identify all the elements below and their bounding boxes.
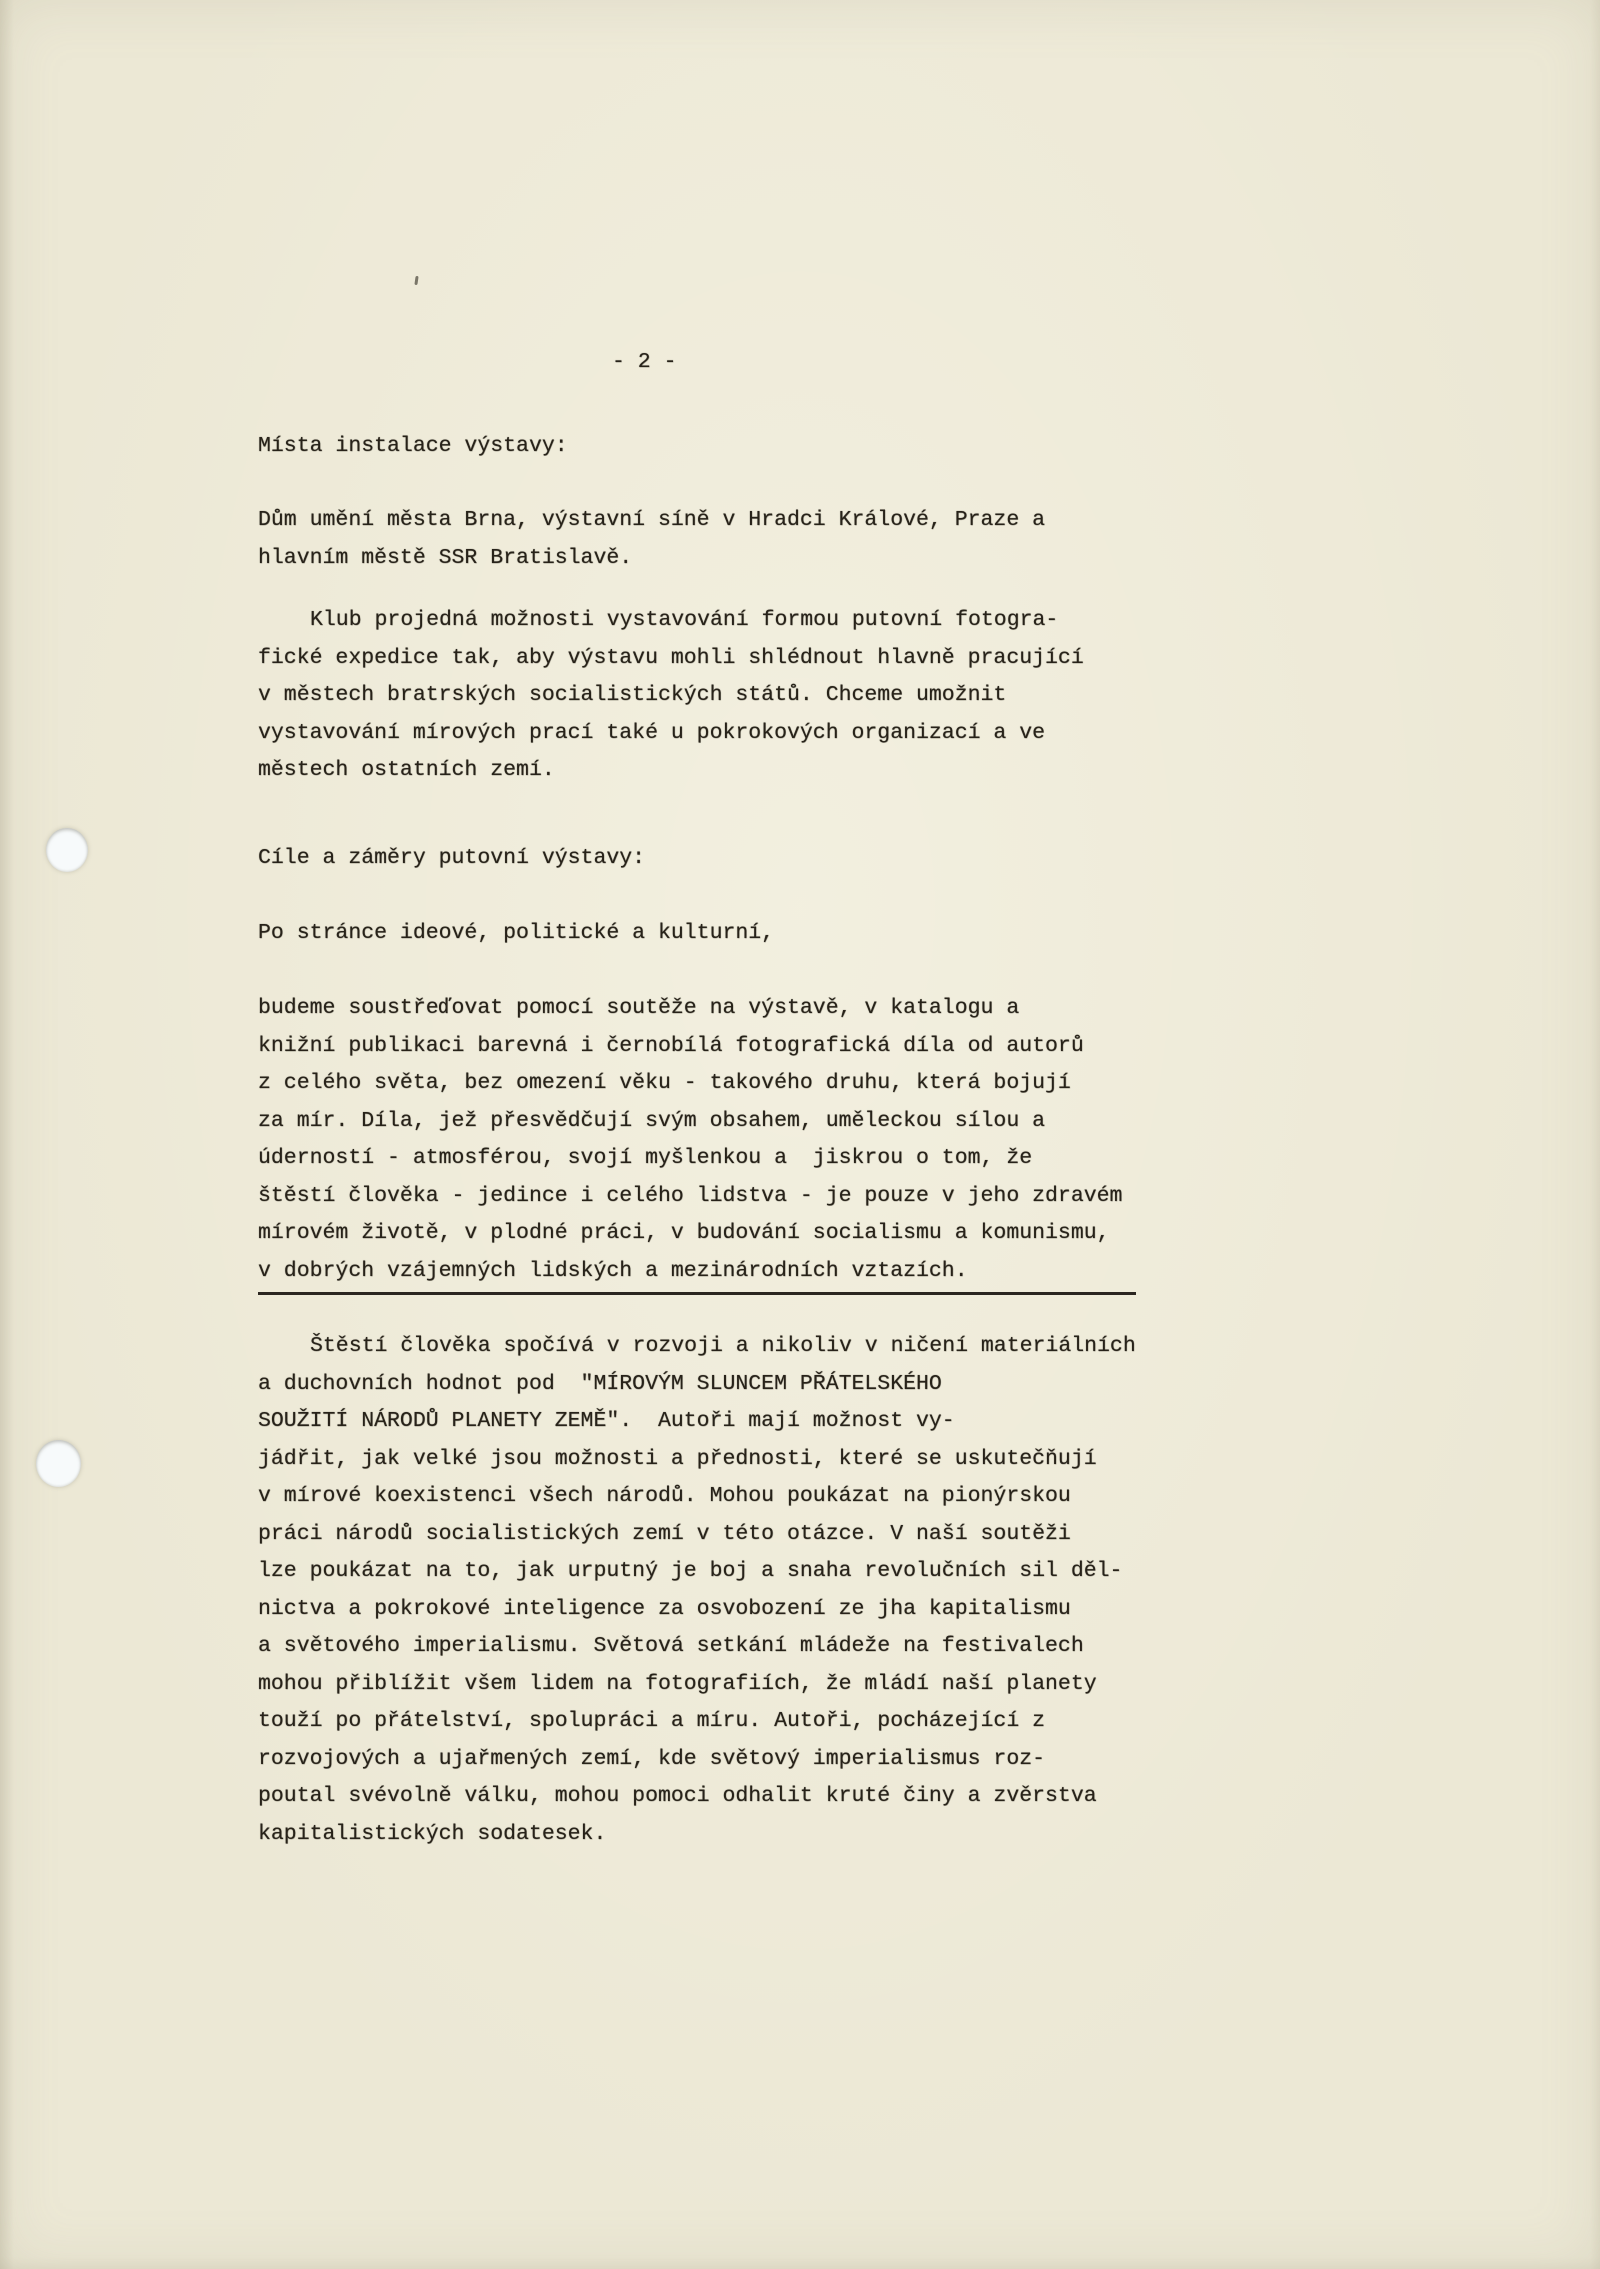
heading-installation-places-text: Místa instalace výstavy: — [258, 428, 568, 466]
paragraph-venues: Dům umění města Brna, výstavní síně v Hr… — [258, 502, 1045, 577]
page-number-text: - 2 - — [612, 344, 677, 382]
typed-line: mohou přiblížit všem lidem na fotografií… — [258, 1666, 1136, 1704]
typed-line: vystavování mírových prací také u pokrok… — [258, 715, 1084, 753]
typed-line: Štěstí člověka spočívá v rozvoji a nikol… — [258, 1328, 1136, 1366]
typed-line: hlavním městě SSR Bratislavě. — [258, 540, 1045, 578]
typed-line: úderností - atmosférou, svojí myšlenkou … — [258, 1140, 1136, 1178]
typed-line: v mírové koexistenci všech národů. Mohou… — [258, 1478, 1136, 1516]
ink-speck — [414, 276, 418, 285]
page-number: - 2 - — [612, 344, 677, 382]
typed-line: fické expedice tak, aby výstavu mohli sh… — [258, 640, 1084, 678]
typed-line: práci národů socialistických zemí v této… — [258, 1516, 1136, 1554]
typed-line: za mír. Díla, jež přesvědčují svým obsah… — [258, 1103, 1136, 1141]
typed-line: knižní publikaci barevná i černobílá fot… — [258, 1028, 1136, 1066]
typed-line: SOUŽITÍ NÁRODŮ PLANETY ZEMĚ". Autoři maj… — [258, 1403, 1136, 1441]
hole-punch-bottom — [36, 1440, 81, 1487]
paragraph-focus: budeme soustřeďovat pomocí soutěže na vý… — [258, 990, 1136, 1290]
heading-ideological-text: Po stránce ideové, politické a kulturní, — [258, 915, 774, 953]
typed-line: a světového imperialismu. Světová setkán… — [258, 1628, 1136, 1666]
underlined-line: v dobrých vzájemných lidských a mezináro… — [258, 1253, 1136, 1296]
underlined-line-wrap: v dobrých vzájemných lidských a mezináro… — [258, 1253, 1136, 1291]
typed-line: nictva a pokrokové inteligence za osvobo… — [258, 1591, 1136, 1629]
paragraph-klub: Klub projedná možnosti vystavování formo… — [258, 602, 1084, 790]
typed-line: lze poukázat na to, jak urputný je boj a… — [258, 1553, 1136, 1591]
typed-line: Dům umění města Brna, výstavní síně v Hr… — [258, 502, 1045, 540]
typed-line: poutal svévolně válku, mohou pomoci odha… — [258, 1778, 1136, 1816]
typed-line: z celého světa, bez omezení věku - takov… — [258, 1065, 1136, 1103]
typed-line: jádřit, jak velké jsou možnosti a předno… — [258, 1441, 1136, 1479]
typed-line: mírovém životě, v plodné práci, v budová… — [258, 1215, 1136, 1253]
typed-line: a duchovních hodnot pod "MÍROVÝM SLUNCEM… — [258, 1366, 1136, 1404]
hole-punch-top — [46, 828, 88, 872]
heading-ideological: Po stránce ideové, politické a kulturní, — [258, 915, 774, 953]
scanned-typewritten-page: - 2 - Místa instalace výstavy: Dům umění… — [0, 0, 1600, 2269]
typed-line: městech ostatních zemí. — [258, 752, 1084, 790]
typed-line: rozvojových a ujařmených zemí, kde světo… — [258, 1741, 1136, 1779]
heading-goals-text: Cíle a záměry putovní výstavy: — [258, 840, 645, 878]
heading-installation-places: Místa instalace výstavy: — [258, 428, 568, 466]
typed-line: touží po přátelství, spolupráci a míru. … — [258, 1703, 1136, 1741]
typed-line: v městech bratrských socialistických stá… — [258, 677, 1084, 715]
heading-goals: Cíle a záměry putovní výstavy: — [258, 840, 645, 878]
typed-line: Klub projedná možnosti vystavování formo… — [258, 602, 1084, 640]
paragraph-focus-lines: budeme soustřeďovat pomocí soutěže na vý… — [258, 990, 1136, 1253]
typed-line: kapitalistických sodatesek. — [258, 1816, 1136, 1854]
typed-line: štěstí člověka - jedince i celého lidstv… — [258, 1178, 1136, 1216]
paragraph-happiness: Štěstí člověka spočívá v rozvoji a nikol… — [258, 1328, 1136, 1853]
typed-line: budeme soustřeďovat pomocí soutěže na vý… — [258, 990, 1136, 1028]
